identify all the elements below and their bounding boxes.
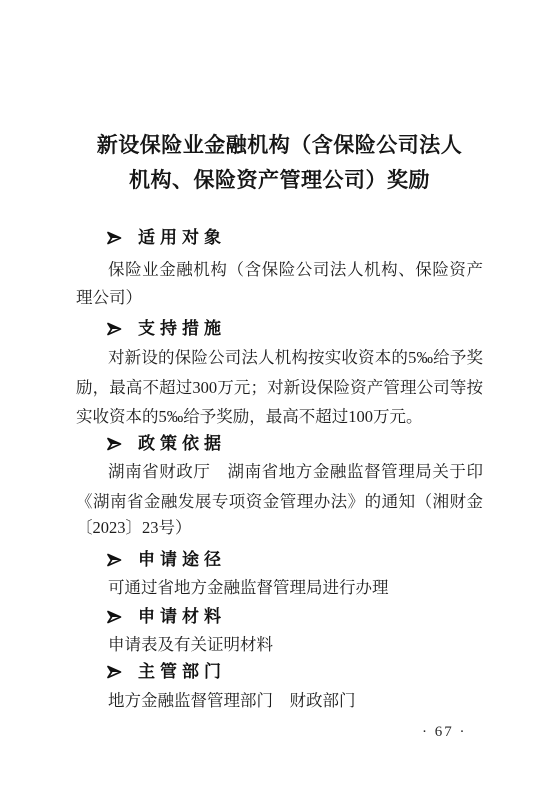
- section-heading-application-channel: 申请途径: [106, 550, 226, 570]
- body-line: 可通过省地方金融监督管理局进行办理: [108, 577, 389, 599]
- body-line: 〔2023〕23号）: [76, 517, 192, 539]
- section-heading-support-measures: 支持措施: [106, 319, 226, 339]
- section-heading-label: 适用对象: [138, 228, 226, 248]
- body-line: 实收资本的5‰给予奖励，最高不超过100万元。: [76, 406, 423, 428]
- body-line: 湖南省财政厅 湖南省地方金融监督管理局关于印发: [108, 461, 483, 483]
- section-heading-label: 主管部门: [138, 662, 226, 682]
- section-heading-application-materials: 申请材料: [106, 607, 226, 627]
- arrowhead-bullet-icon: [106, 322, 122, 336]
- arrowhead-bullet-icon: [106, 553, 122, 567]
- body-line: 理公司）: [76, 287, 142, 309]
- arrowhead-bullet-icon: [106, 231, 122, 245]
- body-line: 《湖南省金融发展专项资金管理办法》的通知（湘财金: [76, 491, 483, 513]
- page-title-line-1: 新设保险业金融机构（含保险公司法人: [0, 128, 559, 163]
- section-heading-label: 支持措施: [138, 319, 226, 339]
- section-heading-policy-basis: 政策依据: [106, 434, 226, 454]
- section-heading-label: 政策依据: [138, 434, 226, 454]
- arrowhead-bullet-icon: [106, 437, 122, 451]
- page-title-line-2: 机构、保险资产管理公司）奖励: [0, 163, 559, 198]
- section-heading-applicable-targets: 适用对象: [106, 228, 226, 248]
- body-line: 保险业金融机构（含保险公司法人机构、保险资产管: [108, 259, 483, 281]
- body-line: 励，最高不超过300万元；对新设保险资产管理公司等按: [76, 377, 483, 399]
- section-heading-label: 申请途径: [138, 550, 226, 570]
- page-title: 新设保险业金融机构（含保险公司法人 机构、保险资产管理公司）奖励: [0, 128, 559, 198]
- page-number: · 67 ·: [422, 724, 467, 741]
- body-line: 申请表及有关证明材料: [108, 634, 273, 656]
- body-line: 地方金融监督管理部门 财政部门: [108, 690, 356, 712]
- arrowhead-bullet-icon: [106, 610, 122, 624]
- section-heading-competent-departments: 主管部门: [106, 662, 226, 682]
- arrowhead-bullet-icon: [106, 665, 122, 679]
- document-page: 新设保险业金融机构（含保险公司法人 机构、保险资产管理公司）奖励 适用对象 保险…: [0, 0, 559, 793]
- section-heading-label: 申请材料: [138, 607, 226, 627]
- body-line: 对新设的保险公司法人机构按实收资本的5‰给予奖: [108, 347, 483, 369]
